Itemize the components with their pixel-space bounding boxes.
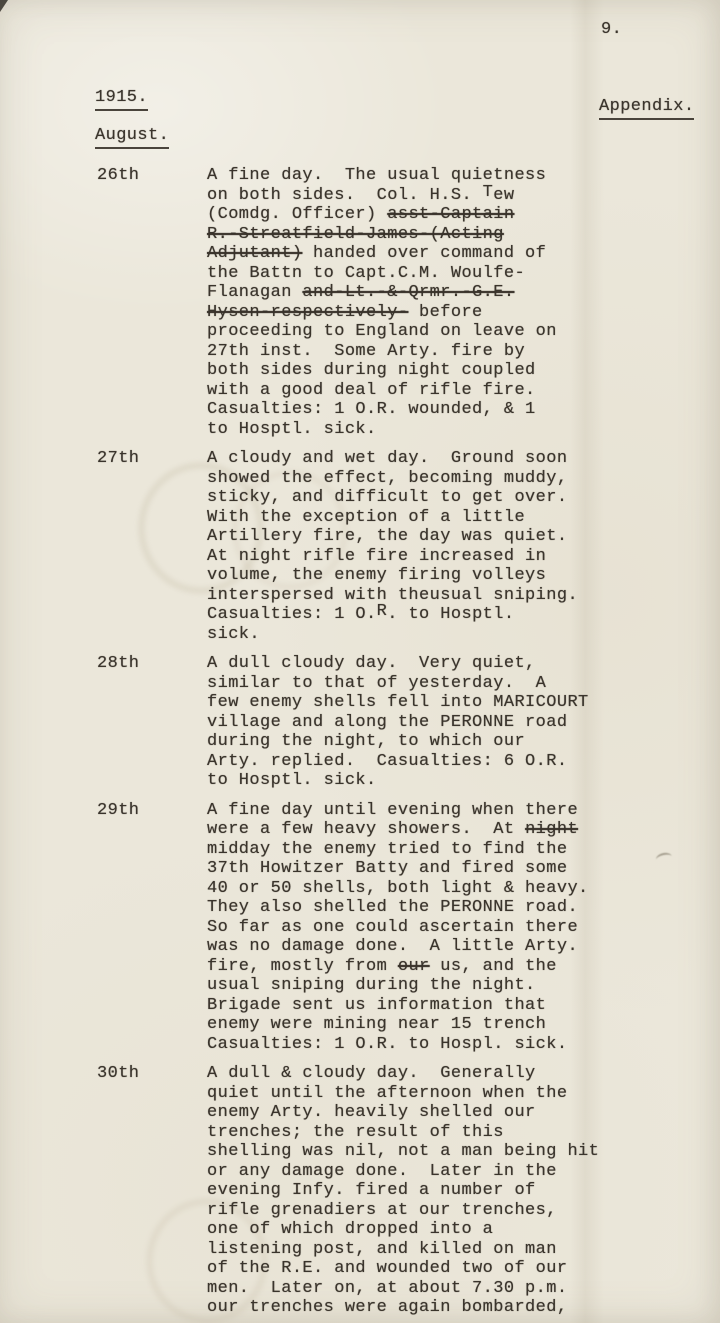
text-segment: both sides during night coupled [207, 361, 536, 380]
entry-day: 26th [97, 166, 207, 439]
text-segment: the Battn to Capt.C.M. Woulfe- [207, 264, 525, 283]
text-segment: Casualties: 1 O.R. wounded, & 1 [207, 400, 536, 419]
text-segment: sick. [207, 625, 260, 644]
struck-text: and-Lt.-&-Qrmr.-G.E. [302, 283, 514, 302]
text-segment: shelling was nil, not a man being hit [207, 1142, 599, 1161]
entry-line: Casualties: 1 O.R. to Hosptl. [207, 605, 712, 625]
entry-line: midday the enemy tried to find the [207, 840, 712, 860]
text-segment: They also shelled the PERONNE road. [207, 898, 578, 917]
entry-line: sticky, and difficult to get over. [207, 488, 712, 508]
entry-line: quiet until the afternoon when the [207, 1084, 712, 1104]
struck-text: our [398, 957, 430, 976]
text-segment: enemy were mining near 15 trench [207, 1015, 546, 1034]
year-heading: 1915. [95, 88, 148, 111]
text-segment: with a good deal of rifle fire. [207, 381, 536, 400]
entry-line: the Battn to Capt.C.M. Woulfe- [207, 264, 712, 284]
text-segment: A cloudy and wet day. Ground soon [207, 449, 567, 468]
text-segment: handed over command of [302, 244, 546, 263]
entry-line: fire, mostly from our us, and the [207, 957, 712, 977]
text-segment: A dull & cloudy day. Generally [207, 1064, 536, 1083]
text-segment: to Hosptl. sick. [207, 420, 377, 439]
text-segment: 27th inst. Some Arty. fire by [207, 342, 525, 361]
text-segment: 40 or 50 shells, both light & heavy. [207, 879, 589, 898]
entry-line: 27th inst. Some Arty. fire by [207, 342, 712, 362]
appendix-heading: Appendix. [599, 97, 694, 120]
entry-day: 28th [97, 654, 207, 791]
entry-day: 29th [97, 801, 207, 1055]
entry-line: R.-Streatfield-James-(Acting [207, 225, 712, 245]
entry-line: shelling was nil, not a man being hit [207, 1142, 712, 1162]
text-segment: was no damage done. A little Arty. [207, 937, 578, 956]
entry-line: Casualties: 1 O.R. to Hospl. sick. [207, 1035, 712, 1055]
entry-line: few enemy shells fell into MARICOURT [207, 693, 712, 713]
entry-line: A dull cloudy day. Very quiet, [207, 654, 712, 674]
text-segment: listening post, and killed on man [207, 1240, 557, 1259]
entry-line: Adjutant) handed over command of [207, 244, 712, 264]
text-segment: similar to that of yesterday. A [207, 674, 546, 693]
entry-line: enemy were mining near 15 trench [207, 1015, 712, 1035]
entry-body: A cloudy and wet day. Ground soonshowed … [207, 449, 712, 644]
entry-line: trenches; the result of this [207, 1123, 712, 1143]
text-segment: village and along the PERONNE road [207, 713, 567, 732]
struck-text: R.-Streatfield-James-(Acting [207, 225, 504, 244]
entry-line: 37th Howitzer Batty and fired some [207, 859, 712, 879]
text-segment: interspersed with theusual sniping. [207, 586, 578, 605]
entry-line: interspersed with theusual sniping. [207, 586, 712, 606]
text-segment: 37th Howitzer Batty and fired some [207, 859, 567, 878]
entry-line: A fine day. The usual quietness [207, 166, 712, 186]
entry-body: A fine day. The usual quietnesson both s… [207, 166, 712, 439]
war-diary-page: 9. 1915. Appendix. August. 26thA fine da… [0, 0, 720, 1323]
struck-text: Hysen-respectively- [207, 303, 408, 322]
entry-line: Flanagan and-Lt.-&-Qrmr.-G.E. [207, 283, 712, 303]
page-number: 9. [601, 20, 622, 40]
diary-entry: 30thA dull & cloudy day. Generallyquiet … [97, 1064, 712, 1318]
text-segment: A dull cloudy day. Very quiet, [207, 654, 536, 673]
entry-line: showed the effect, becoming muddy, [207, 469, 712, 489]
text-segment: men. Later on, at about 7.30 p.m. [207, 1279, 567, 1298]
struck-text: Adjutant) [207, 244, 302, 263]
diary-entry: 27thA cloudy and wet day. Ground soonsho… [97, 449, 712, 644]
text-segment: T [483, 183, 494, 203]
entry-line: of the R.E. and wounded two of our [207, 1259, 712, 1279]
text-segment: rifle grenadiers at our trenches, [207, 1201, 557, 1220]
entry-line: evening Infy. fired a number of [207, 1181, 712, 1201]
diary-entry: 26thA fine day. The usual quietnesson bo… [97, 166, 712, 439]
text-segment: trenches; the result of this [207, 1123, 504, 1142]
entry-line: to Hosptl. sick. [207, 420, 712, 440]
entry-line: A cloudy and wet day. Ground soon [207, 449, 712, 469]
entry-line: our trenches were again bombarded, [207, 1298, 712, 1318]
diary-entry: 29thA fine day until evening when therew… [97, 801, 712, 1055]
text-segment: our trenches were again bombarded, [207, 1298, 567, 1317]
text-segment: us, and the [430, 957, 557, 976]
entry-line: or any damage done. Later in the [207, 1162, 712, 1182]
entry-line: to Hosptl. sick. [207, 771, 712, 791]
appendix-heading-text: Appendix. [599, 97, 694, 120]
text-segment: Artillery fire, the day was quiet. [207, 527, 567, 546]
text-segment: A fine day until evening when there [207, 801, 578, 820]
entry-line: sick. [207, 625, 712, 645]
text-segment: At night rifle fire increased in [207, 547, 546, 566]
diary-entry: 28thA dull cloudy day. Very quiet,simila… [97, 654, 712, 791]
text-segment: evening Infy. fired a number of [207, 1181, 536, 1200]
text-segment: on both sides. Col. H.S. [207, 186, 483, 205]
entry-line: Artillery fire, the day was quiet. [207, 527, 712, 547]
entry-line: They also shelled the PERONNE road. [207, 898, 712, 918]
struck-text: asst-Captain [387, 205, 514, 224]
entry-day: 30th [97, 1064, 207, 1318]
text-segment: during the night, to which our [207, 732, 525, 751]
month-heading-text: August. [95, 126, 169, 149]
text-segment: . to Hosptl. [387, 605, 514, 624]
scan-corner-artifact [0, 0, 8, 12]
entry-line: At night rifle fire increased in [207, 547, 712, 567]
text-segment: Casualties: 1 O. [207, 605, 377, 624]
entry-body: A dull & cloudy day. Generallyquiet unti… [207, 1064, 712, 1318]
entry-body: A fine day until evening when therewere … [207, 801, 712, 1055]
entry-line: volume, the enemy firing volleys [207, 566, 712, 586]
text-segment: So far as one could ascertain there [207, 918, 578, 937]
text-segment: few enemy shells fell into MARICOURT [207, 693, 589, 712]
entry-line: Casualties: 1 O.R. wounded, & 1 [207, 400, 712, 420]
entry-body: A dull cloudy day. Very quiet,similar to… [207, 654, 712, 791]
entry-line: men. Later on, at about 7.30 p.m. [207, 1279, 712, 1299]
entry-line: village and along the PERONNE road [207, 713, 712, 733]
entry-line: similar to that of yesterday. A [207, 674, 712, 694]
entry-line: Arty. replied. Casualties: 6 O.R. [207, 752, 712, 772]
text-segment: to Hosptl. sick. [207, 771, 377, 790]
text-segment: were a few heavy showers. At [207, 820, 525, 839]
entry-line: during the night, to which our [207, 732, 712, 752]
entry-line: With the exception of a little [207, 508, 712, 528]
entry-line: So far as one could ascertain there [207, 918, 712, 938]
text-segment: Flanagan [207, 283, 302, 302]
entry-line: on both sides. Col. H.S. Tew [207, 186, 712, 206]
text-segment: (Comdg. Officer) [207, 205, 387, 224]
text-segment: enemy Arty. heavily shelled our [207, 1103, 536, 1122]
text-segment: ew [493, 186, 514, 205]
text-segment: one of which dropped into a [207, 1220, 493, 1239]
text-segment: sticky, and difficult to get over. [207, 488, 567, 507]
struck-text: night [525, 820, 578, 839]
entry-line: rifle grenadiers at our trenches, [207, 1201, 712, 1221]
text-segment: Casualties: 1 O.R. to Hospl. sick. [207, 1035, 567, 1054]
text-segment: or any damage done. Later in the [207, 1162, 557, 1181]
text-segment: fire, mostly from [207, 957, 398, 976]
text-segment: Arty. replied. Casualties: 6 O.R. [207, 752, 567, 771]
entry-line: one of which dropped into a [207, 1220, 712, 1240]
entry-line: with a good deal of rifle fire. [207, 381, 712, 401]
text-segment: usual sniping during the night. [207, 976, 536, 995]
entry-line: 40 or 50 shells, both light & heavy. [207, 879, 712, 899]
year-heading-text: 1915. [95, 88, 148, 111]
text-segment: quiet until the afternoon when the [207, 1084, 567, 1103]
text-segment: With the exception of a little [207, 508, 525, 527]
text-segment: of the R.E. and wounded two of our [207, 1259, 567, 1278]
text-segment: R [377, 602, 388, 622]
entry-line: A fine day until evening when there [207, 801, 712, 821]
entry-line: were a few heavy showers. At night [207, 820, 712, 840]
entry-line: proceeding to England on leave on [207, 322, 712, 342]
text-segment: before [408, 303, 482, 322]
text-segment: showed the effect, becoming muddy, [207, 469, 567, 488]
entry-line: A dull & cloudy day. Generally [207, 1064, 712, 1084]
month-heading: August. [95, 126, 169, 149]
entry-line: Brigade sent us information that [207, 996, 712, 1016]
text-segment: Brigade sent us information that [207, 996, 546, 1015]
entry-line: both sides during night coupled [207, 361, 712, 381]
entry-line: enemy Arty. heavily shelled our [207, 1103, 712, 1123]
text-segment: proceeding to England on leave on [207, 322, 557, 341]
entry-line: usual sniping during the night. [207, 976, 712, 996]
entry-line: (Comdg. Officer) asst-Captain [207, 205, 712, 225]
entry-line: was no damage done. A little Arty. [207, 937, 712, 957]
entry-line: Hysen-respectively- before [207, 303, 712, 323]
text-segment: volume, the enemy firing volleys [207, 566, 546, 585]
text-segment: A fine day. The usual quietness [207, 166, 546, 185]
text-segment: midday the enemy tried to find the [207, 840, 567, 859]
entry-line: listening post, and killed on man [207, 1240, 712, 1260]
entry-day: 27th [97, 449, 207, 644]
diary-entries: 26thA fine day. The usual quietnesson bo… [97, 166, 712, 1323]
